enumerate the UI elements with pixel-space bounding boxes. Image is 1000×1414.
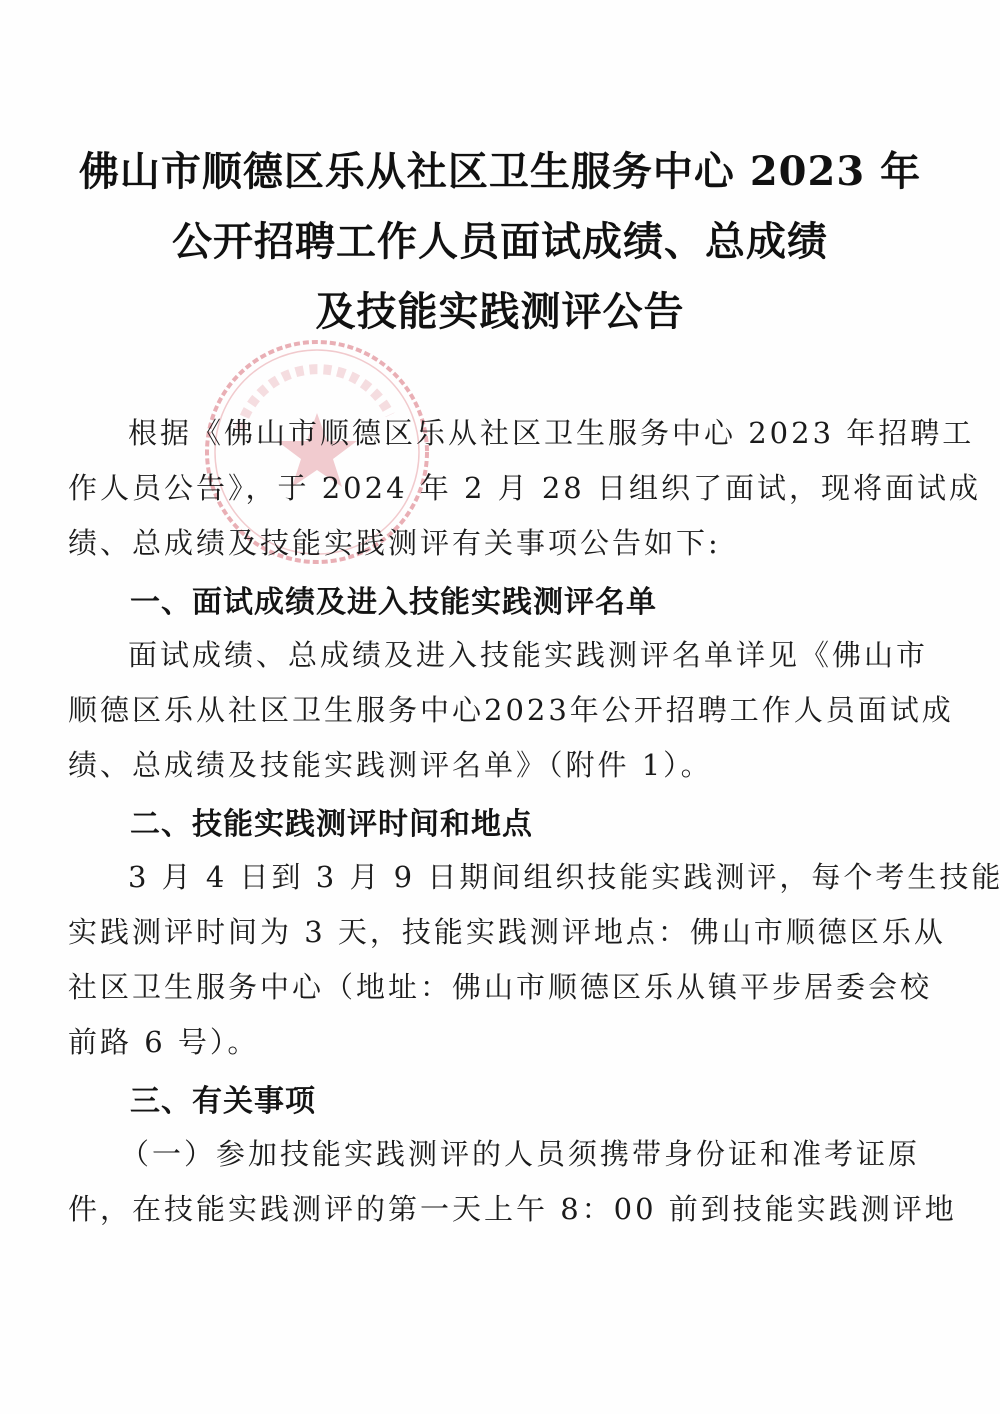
section-2-heading: 二、技能实践测评时间和地点 <box>130 799 533 843</box>
intro-line-1: 根据《佛山市顺德区乐从社区卫生服务中心 2023 年招聘工 <box>128 411 943 452</box>
section-3-line-1: （一）参加技能实践测评的人员须携带身份证和准考证原 <box>120 1132 935 1173</box>
document-title-line-1: 佛山市顺德区乐从社区卫生服务中心 2023 年 <box>0 140 1000 197</box>
section-2-line-2: 实践测评时间为 3 天，技能实践测评地点：佛山市顺德区乐从 <box>68 910 943 951</box>
section-2-line-4: 前路 6 号）。 <box>68 1020 943 1061</box>
document-title-line-3: 及技能实践测评公告 <box>0 280 1000 337</box>
section-1-line-2: 顺德区乐从社区卫生服务中心2023年公开招聘工作人员面试成 <box>68 688 943 729</box>
section-1-line-1: 面试成绩、总成绩及进入技能实践测评名单详见《佛山市 <box>128 633 943 674</box>
document-title-line-2: 公开招聘工作人员面试成绩、总成绩 <box>0 210 1000 267</box>
section-3-heading: 三、有关事项 <box>130 1076 316 1120</box>
section-1-heading: 一、面试成绩及进入技能实践测评名单 <box>130 577 657 621</box>
intro-line-3: 绩、总成绩及技能实践测评有关事项公告如下: <box>68 521 943 562</box>
section-2-line-1: 3 月 4 日到 3 月 9 日期间组织技能实践测评，每个考生技能 <box>128 855 943 896</box>
section-3-line-2: 件，在技能实践测评的第一天上午 8：00 前到技能实践测评地 <box>68 1187 943 1228</box>
document-page: 佛山市顺德区乐从社区卫生服务中心 2023 年 公开招聘工作人员面试成绩、总成绩… <box>0 0 1000 1414</box>
section-1-line-3: 绩、总成绩及技能实践测评名单》（附件 1）。 <box>68 743 943 784</box>
intro-line-2: 作人员公告》，于 2024 年 2 月 28 日组织了面试，现将面试成 <box>68 466 943 507</box>
section-2-line-3: 社区卫生服务中心（地址：佛山市顺德区乐从镇平步居委会校 <box>68 965 943 1006</box>
